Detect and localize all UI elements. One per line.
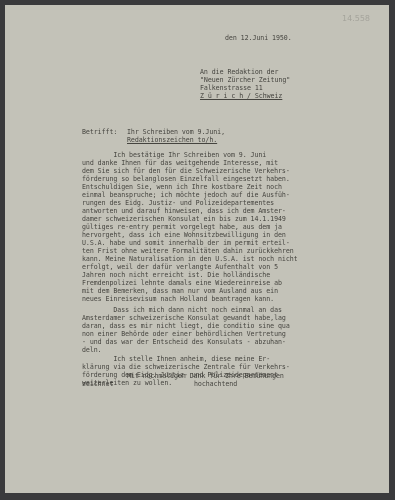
body-line: daran, dass es mir nicht liegt, die cond… [82, 322, 290, 330]
body-line: Fremdenpolizei lehnte damals eine Wieder… [82, 279, 282, 287]
regards: hochachtend [194, 380, 237, 388]
archive-reference: 14.558 [342, 14, 370, 23]
body-line: U.S.A. habe und somit innerhalb der im p… [82, 239, 290, 247]
body-line: ten Frist ohne weitere Formalitäten dahi… [82, 247, 294, 255]
recipient-city: Z ü r i c h / Schweiz [200, 92, 282, 100]
body-line: und danke Ihnen für das weitgehende Inte… [82, 159, 278, 167]
body-line: mit dem Bemerken, dass man nur vom Ausla… [82, 287, 278, 295]
closing-line: Mit nochmaligen Dank für Ihre Bemühungen [127, 372, 284, 380]
body-line: damer schweizerischen Konsulat ein bis z… [82, 215, 286, 223]
body-line: förderung so belanglosen Einzelfall eing… [82, 175, 290, 183]
body-line: neues Einreisevisum nach Holland beantra… [82, 295, 274, 303]
body-line: rungen des Eidg. Justiz- und Polizeidepa… [82, 199, 274, 207]
body-line: Amsterdamer schweizerische Konsulat gewa… [82, 314, 286, 322]
signature-label: zeichnet [82, 380, 113, 388]
letter-page: 14.558 den 12.Juni 1950. An die Redaktio… [5, 5, 389, 493]
body-line: Entschuldigen Sie, wenn ich Ihre kostbar… [82, 183, 282, 191]
subject-label: Betrifft: [82, 128, 117, 136]
date-line: den 12.Juni 1950. [225, 34, 292, 42]
body-line: Ich stelle Ihnen anheim, diese meine Er- [82, 355, 270, 363]
body-line: Ich bestätige Ihr Schreiben vom 9. Juni [82, 151, 266, 159]
body-line: hervorgeht, dass ich eine Wohnsitzbewill… [82, 231, 286, 239]
body-line: Dass ich mich dann nicht noch einmal an … [82, 306, 282, 314]
body-line: klärung via die schweizerische Zentrale … [82, 363, 290, 371]
recipient-line: An die Redaktion der [200, 68, 278, 76]
recipient-line: Falkenstrasse 11 [200, 84, 263, 92]
body-line: non einer Behörde oder einer behördliche… [82, 330, 286, 338]
recipient-line: "Neuen Zürcher Zeitung" [200, 76, 290, 84]
body-line: einmal beanspruche; ich möchte jedoch au… [82, 191, 290, 199]
body-line: dem Sie sich für den für die Schweizeris… [82, 167, 290, 175]
subject-line: Redaktionszeichen to/h. [127, 136, 217, 144]
body-line: - und das war der Entscheid des Konsulat… [82, 338, 286, 346]
body-line: Jahren noch nicht erreicht ist. Die holl… [82, 271, 270, 279]
body-line: gültiges re-entry permit vorgelegt habe,… [82, 223, 282, 231]
body-line: deln. [82, 346, 102, 354]
subject-line: Ihr Schreiben vom 9.Juni, [127, 128, 225, 136]
body-line: antworten und darauf hinweisen, dass ich… [82, 207, 286, 215]
body-line: kann. Meine Naturalisation in den U.S.A.… [82, 255, 298, 263]
body-line: erfolgt, weil der dafür verlangte Aufent… [82, 263, 278, 271]
